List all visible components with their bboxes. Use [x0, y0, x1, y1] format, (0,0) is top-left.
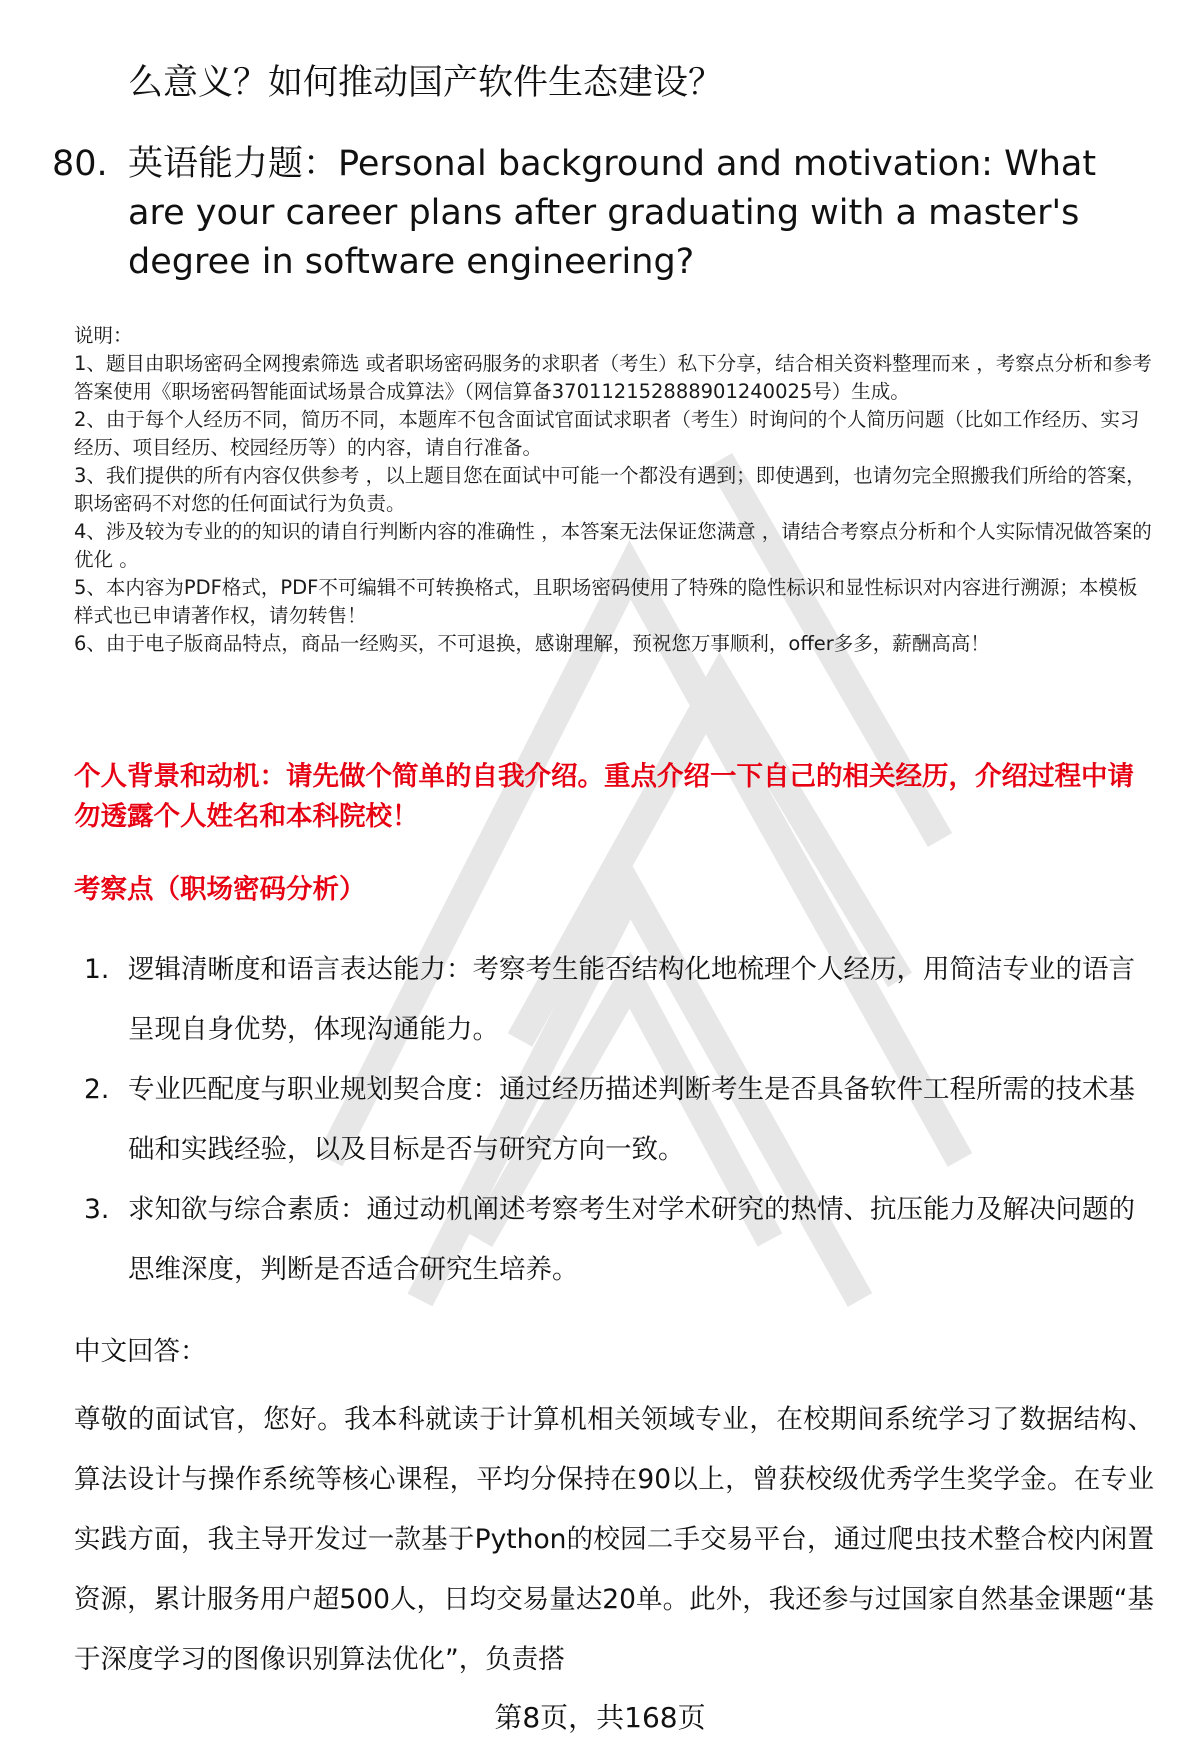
point-number: 3.: [84, 1180, 128, 1300]
point-number: 2.: [84, 1060, 128, 1180]
analysis-points-list: 1. 逻辑清晰度和语言表达能力：考察考生能否结构化地梳理个人经历，用简洁专业的语…: [84, 940, 1154, 1300]
answer-label: 中文回答：: [74, 1332, 207, 1372]
question-80: 80. 英语能力题：Personal background and motiva…: [52, 140, 1142, 287]
note-item: 5、本内容为PDF格式，PDF不可编辑不可转换格式，且职场密码使用了特殊的隐性标…: [74, 574, 1154, 630]
analysis-point: 2. 专业匹配度与职业规划契合度：通过经历描述判断考生是否具备软件工程所需的技术…: [84, 1060, 1154, 1180]
point-text: 求知欲与综合素质：通过动机阐述考察考生对学术研究的热情、抗压能力及解决问题的思维…: [128, 1180, 1154, 1300]
analysis-point: 1. 逻辑清晰度和语言表达能力：考察考生能否结构化地梳理个人经历，用简洁专业的语…: [84, 940, 1154, 1060]
note-item: 6、由于电子版商品特点，商品一经购买，不可退换，感谢理解，预祝您万事顺利，off…: [74, 630, 1154, 658]
page-number: 第8页，共168页: [0, 1698, 1200, 1738]
question-number: 80.: [52, 140, 128, 287]
interview-question-heading: 个人背景和动机：请先做个简单的自我介绍。重点介绍一下自己的相关经历，介绍过程中请…: [74, 757, 1154, 837]
question-text: 英语能力题：Personal background and motivation…: [128, 140, 1142, 287]
notes-title: 说明：: [74, 322, 1154, 350]
analysis-point: 3. 求知欲与综合素质：通过动机阐述考察考生对学术研究的热情、抗压能力及解决问题…: [84, 1180, 1154, 1300]
answer-text: 尊敬的面试官，您好。我本科就读于计算机相关领域专业，在校期间系统学习了数据结构、…: [74, 1390, 1154, 1690]
note-item: 3、我们提供的所有内容仅供参考 ，以上题目您在面试中可能一个都没有遇到；即使遇到…: [74, 462, 1154, 518]
note-item: 4、涉及较为专业的的知识的请自行判断内容的准确性 ，本答案无法保证您满意 ，请结…: [74, 518, 1154, 574]
point-text: 专业匹配度与职业规划契合度：通过经历描述判断考生是否具备软件工程所需的技术基础和…: [128, 1060, 1154, 1180]
note-item: 2、由于每个人经历不同，简历不同，本题库不包含面试官面试求职者（考生）时询问的个…: [74, 406, 1154, 462]
analysis-heading: 考察点（职场密码分析）: [74, 870, 366, 910]
note-item: 1、题目由职场密码全网搜索筛选 或者职场密码服务的求职者（考生）私下分享，结合相…: [74, 350, 1154, 406]
notes-section: 说明： 1、题目由职场密码全网搜索筛选 或者职场密码服务的求职者（考生）私下分享…: [74, 322, 1154, 658]
point-number: 1.: [84, 940, 128, 1060]
previous-question-continuation: 么意义？如何推动国产软件生态建设？: [128, 58, 723, 108]
point-text: 逻辑清晰度和语言表达能力：考察考生能否结构化地梳理个人经历，用简洁专业的语言呈现…: [128, 940, 1154, 1060]
